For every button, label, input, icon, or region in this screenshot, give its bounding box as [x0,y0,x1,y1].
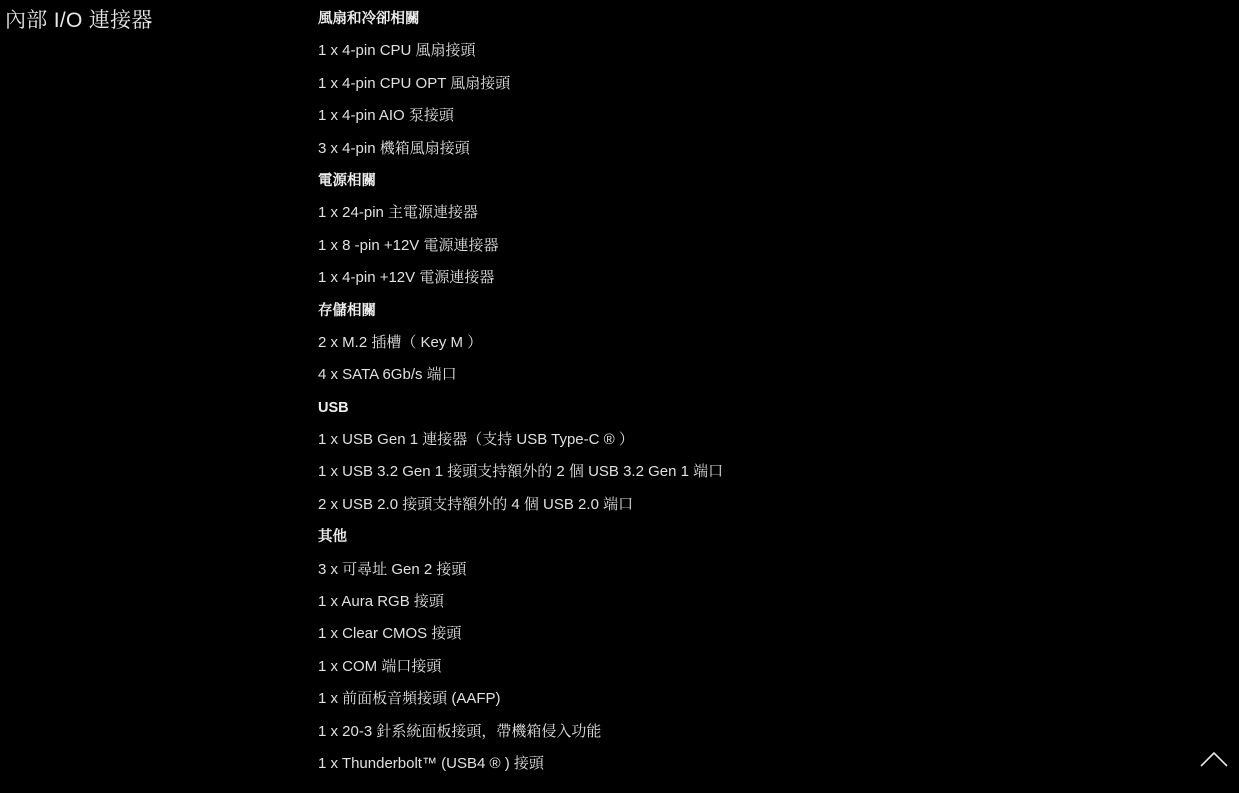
spec-item: 3 x 可尋址 Gen 2 接頭 [318,554,723,586]
spec-page: 內部 I/O 連接器 風扇和冷卻相關 1 x 4-pin CPU 風扇接頭 1 … [0,0,1239,793]
spec-group-heading: 風扇和冷卻相關 [318,3,723,35]
spec-item: 1 x 20-3 針系統面板接頭，帶機箱侵入功能 [318,716,723,748]
spec-item: 1 x COM 端口接頭 [318,651,723,683]
spec-list: 風扇和冷卻相關 1 x 4-pin CPU 風扇接頭 1 x 4-pin CPU… [318,3,723,780]
spec-item: 1 x 4-pin CPU OPT 風扇接頭 [318,68,723,100]
spec-item: 1 x 前面板音頻接頭 (AAFP) [318,683,723,715]
spec-item: 1 x 8 -pin +12V 電源連接器 [318,230,723,262]
spec-item: 1 x Thunderbolt™ (USB4 ® ) 接頭 [318,748,723,780]
spec-item: 4 x SATA 6Gb/s 端口 [318,359,723,391]
chevron-up-icon [1200,750,1228,768]
spec-item: 1 x Aura RGB 接頭 [318,586,723,618]
spec-item: 1 x USB Gen 1 連接器（支持 USB Type-C ® ） [318,424,723,456]
spec-group-heading: USB [318,392,723,424]
spec-item: 1 x 4-pin AIO 泵接頭 [318,100,723,132]
spec-item: 2 x USB 2.0 接頭支持額外的 4 個 USB 2.0 端口 [318,489,723,521]
spec-group-heading: 其他 [318,521,723,553]
section-title: 內部 I/O 連接器 [5,6,153,36]
spec-item: 1 x 4-pin CPU 風扇接頭 [318,35,723,67]
spec-group-heading: 電源相關 [318,165,723,197]
spec-item: 1 x 4-pin +12V 電源連接器 [318,262,723,294]
spec-group-heading: 存儲相關 [318,295,723,327]
spec-item: 1 x Clear CMOS 接頭 [318,618,723,650]
spec-item: 2 x M.2 插槽（ Key M ） [318,327,723,359]
back-to-top-button[interactable] [1196,744,1232,774]
spec-item: 1 x 24-pin 主電源連接器 [318,197,723,229]
spec-item: 3 x 4-pin 機箱風扇接頭 [318,133,723,165]
spec-item: 1 x USB 3.2 Gen 1 接頭支持額外的 2 個 USB 3.2 Ge… [318,456,723,488]
